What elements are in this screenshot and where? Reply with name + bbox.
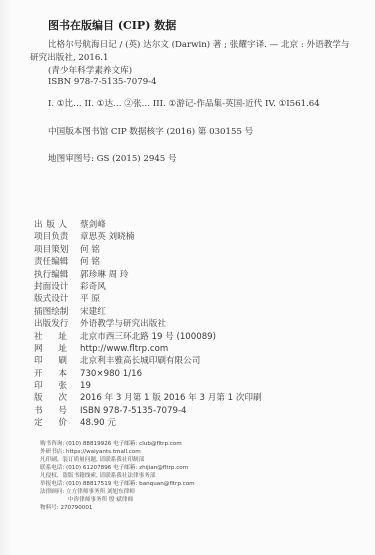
credit-label-char: 社 (34, 331, 43, 343)
credit-label-char: 开 (34, 368, 43, 380)
credit-value: 北京利丰雅高长城印刷有限公司 (80, 355, 200, 367)
credit-label-char: 印 (34, 355, 43, 367)
credit-value: 730×980 1/16 (80, 368, 142, 380)
credit-label-char: 网 (34, 343, 43, 355)
credit-label: 封面设计 (34, 281, 80, 293)
credit-row-address: 社址 北京市西三环北路 19 号 (100089) (34, 331, 262, 343)
cip-isbn: ISBN 978-7-5135-7079-4 (48, 77, 157, 87)
credit-row-executive-editor: 执行编辑 郭珍琳 周 玲 (34, 269, 262, 281)
legal-counsel-1: 法律顾问: 立方律师事务所 刘旭东律师 (40, 488, 195, 496)
credit-label-char: 址 (58, 331, 67, 343)
credit-label: 版次 (34, 392, 67, 404)
credit-label-char: 书 (34, 405, 43, 417)
credit-label: 定价 (34, 417, 67, 429)
map-review-number: 地图审图号: GS (2015) 2945 号 (48, 152, 177, 164)
credit-row-isbn: 书号 ISBN 978-7-5135-7079-4 (34, 405, 262, 417)
credit-label: 网址 (34, 343, 67, 355)
credit-value: 何 铭 (80, 244, 100, 256)
credit-value: 外语教学与研究出版社 (80, 318, 166, 330)
credit-value: 19 (80, 380, 91, 392)
credit-label-char: 版 (34, 392, 43, 404)
credit-label-char: 张 (58, 380, 67, 392)
credit-label-char: 次 (58, 392, 67, 404)
credit-label-char: 本 (58, 368, 67, 380)
print-quality-contact: 联系电话: (010) 61207896 电子邮箱: zhijian@fltrp… (40, 464, 195, 472)
credit-value: 北京市西三环北路 19 号 (100089) (80, 331, 216, 343)
credit-row-edition: 版次 2016 年 3 月第 1 版 2016 年 3 月第 1 次印刷 (34, 392, 262, 404)
cip-library-record: 中国版本图书馆 CIP 数据核字 (2016) 第 030155 号 (48, 125, 253, 137)
credit-label-char: 址 (58, 343, 67, 355)
credit-label: 印刷 (34, 355, 67, 367)
credit-row-printer: 印刷 北京利丰雅高长城印刷有限公司 (34, 355, 262, 367)
piracy-report-contact: 举报电话: (010) 88817519 电子邮箱: banquan@fltrp… (40, 480, 195, 488)
credit-label-char: 人 (58, 219, 67, 231)
cip-classification: I. ①比… II. ①达… ②张… III. ①游记-作品集-英国-近代 IV… (48, 97, 320, 109)
credit-value: ISBN 978-7-5135-7079-4 (80, 405, 187, 417)
credit-label: 项目负责 (34, 231, 80, 243)
credit-label: 开本 (34, 368, 67, 380)
credit-label-char: 印 (34, 380, 43, 392)
credit-label-char: 版 (46, 219, 55, 231)
credit-row-layout-design: 版式设计 平 原 (34, 293, 262, 305)
credit-label-char: 号 (58, 405, 67, 417)
credit-label: 社址 (34, 331, 67, 343)
credit-value: 彩奇风 (80, 281, 106, 293)
purchase-inquiry: 购书咨询: (010) 88819926 电子邮箱: club@fltrp.co… (40, 440, 195, 448)
credit-label: 出版人 (34, 219, 67, 231)
cip-series: (青少年科学素养文库) (48, 64, 132, 76)
credit-row-responsible-editor: 责任编辑 何 铭 (34, 256, 262, 268)
online-store: 外研书店: https://waiyants.tmall.com (40, 448, 195, 456)
credit-label-char: 价 (58, 417, 67, 429)
credit-row-website: 网址 http://www.fltrp.com (34, 343, 262, 355)
credit-row-sheets: 印张 19 (34, 380, 262, 392)
credit-label: 印张 (34, 380, 67, 392)
credit-label: 版式设计 (34, 293, 80, 305)
credits-table: 出版人 蔡剑峰 项目负责 章思英 刘晓楠 项目策划 何 铭 责任编辑 何 铭 执… (34, 219, 262, 430)
credit-value: 平 原 (80, 293, 100, 305)
credit-label: 项目策划 (34, 244, 80, 256)
cip-publisher-line: 研究出版社, 2016.1 (30, 51, 109, 63)
credit-label-char: 出 (34, 219, 43, 231)
credit-value: 宋建红 (80, 306, 106, 318)
credit-row-distribution: 出版发行 外语教学与研究出版社 (34, 318, 262, 330)
credit-row-publisher: 出版人 蔡剑峰 (34, 219, 262, 231)
credit-value: 何 铭 (80, 256, 100, 268)
piracy-notice: 凡侵权、盗版书籍线索, 请联系我社法律事务部 (40, 472, 195, 480)
credit-label-char: 刷 (58, 355, 67, 367)
legal-counsel-2: 中咨律师事务所 殷 斌律师 (40, 496, 195, 504)
scan-edge-shadow (0, 0, 12, 555)
print-quality-notice: 凡印刷、装订质量问题, 请联系我社印制部 (40, 456, 195, 464)
credit-value: 蔡剑峰 (80, 219, 106, 231)
contact-info: 购书咨询: (010) 88819926 电子邮箱: club@fltrp.co… (40, 440, 195, 512)
credit-row-format: 开本 730×980 1/16 (34, 368, 262, 380)
credit-label: 书号 (34, 405, 67, 417)
credit-row-cover-design: 封面设计 彩奇风 (34, 281, 262, 293)
credit-label-char: 定 (34, 417, 43, 429)
cip-bibliographic-line: 比格尔号航海日记 / (英) 达尔文 (Darwin) 著 ; 张耀宇译. — … (48, 38, 349, 50)
credit-label: 插图绘制 (34, 306, 80, 318)
credit-value: 章思英 刘晓楠 (80, 231, 134, 243)
credit-value: 2016 年 3 月第 1 版 2016 年 3 月第 1 次印刷 (80, 392, 262, 404)
credit-row-price: 定价 48.90 元 (34, 417, 262, 429)
credit-label: 责任编辑 (34, 256, 80, 268)
credit-row-illustration: 插图绘制 宋建红 (34, 306, 262, 318)
credit-value: 郭珍琳 周 玲 (80, 269, 128, 281)
credit-label: 执行编辑 (34, 269, 80, 281)
credit-label: 出版发行 (34, 318, 80, 330)
material-number: 物料号: 270790001 (40, 504, 195, 512)
website-link[interactable]: http://www.fltrp.com (80, 343, 168, 355)
credit-row-project-lead: 项目负责 章思英 刘晓楠 (34, 231, 262, 243)
cip-title: 图书在版编目 (CIP) 数据 (48, 17, 176, 33)
credit-value: 48.90 元 (80, 417, 116, 429)
credit-row-project-planner: 项目策划 何 铭 (34, 244, 262, 256)
